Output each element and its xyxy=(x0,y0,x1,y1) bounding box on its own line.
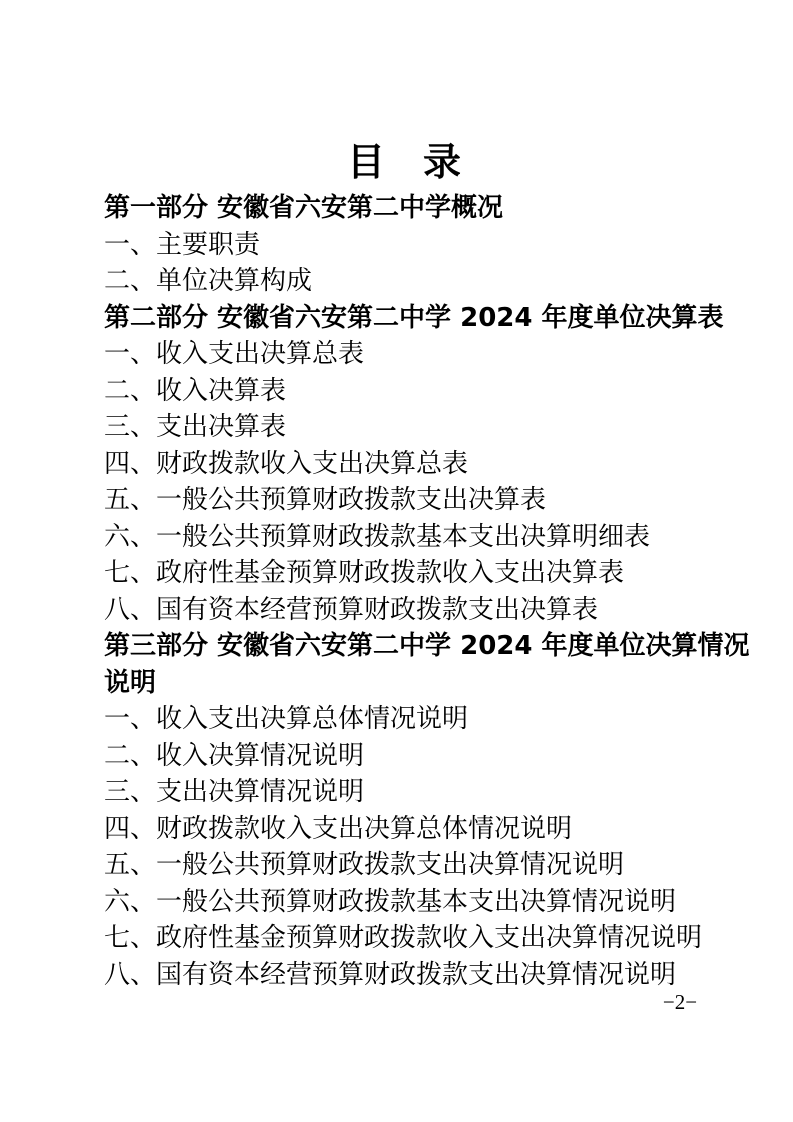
toc-item: 三、支出决算表 xyxy=(104,409,704,446)
toc-item: 四、财政拨款收入支出决算总体情况说明 xyxy=(104,811,704,848)
toc-item: 四、财政拨款收入支出决算总表 xyxy=(104,446,704,483)
page-title: 目 录 xyxy=(104,140,704,184)
toc-item: 七、政府性基金预算财政拨款收入支出决算情况说明 xyxy=(104,920,704,957)
toc-content: 目 录 第一部分 安徽省六安第二中学概况一、主要职责二、单位决算构成第二部分 安… xyxy=(104,140,704,993)
toc-item: 一、收入支出决算总体情况说明 xyxy=(104,701,704,738)
toc-item: 二、单位决算构成 xyxy=(104,263,704,300)
toc-item: 二、收入决算情况说明 xyxy=(104,738,704,775)
toc-item: 第三部分 安徽省六安第二中学 2024 年度单位决算情况 xyxy=(104,628,704,665)
toc-item: 七、政府性基金预算财政拨款收入支出决算表 xyxy=(104,555,704,592)
toc-list: 第一部分 安徽省六安第二中学概况一、主要职责二、单位决算构成第二部分 安徽省六安… xyxy=(104,190,704,993)
toc-item: 六、一般公共预算财政拨款基本支出决算明细表 xyxy=(104,519,704,556)
toc-item: 二、收入决算表 xyxy=(104,373,704,410)
toc-item: 说明 xyxy=(104,665,704,702)
toc-item: 八、国有资本经营预算财政拨款支出决算情况说明 xyxy=(104,957,704,994)
toc-item: 八、国有资本经营预算财政拨款支出决算表 xyxy=(104,592,704,629)
document-page: 目 录 第一部分 安徽省六安第二中学概况一、主要职责二、单位决算构成第二部分 安… xyxy=(0,0,793,1122)
toc-item: 一、主要职责 xyxy=(104,227,704,264)
toc-item: 六、一般公共预算财政拨款基本支出决算情况说明 xyxy=(104,884,704,921)
page-number: −2− xyxy=(650,990,710,1014)
toc-item: 五、一般公共预算财政拨款支出决算表 xyxy=(104,482,704,519)
toc-item: 一、收入支出决算总表 xyxy=(104,336,704,373)
toc-item: 第二部分 安徽省六安第二中学 2024 年度单位决算表 xyxy=(104,300,704,337)
toc-item: 第一部分 安徽省六安第二中学概况 xyxy=(104,190,704,227)
toc-item: 五、一般公共预算财政拨款支出决算情况说明 xyxy=(104,847,704,884)
toc-item: 三、支出决算情况说明 xyxy=(104,774,704,811)
